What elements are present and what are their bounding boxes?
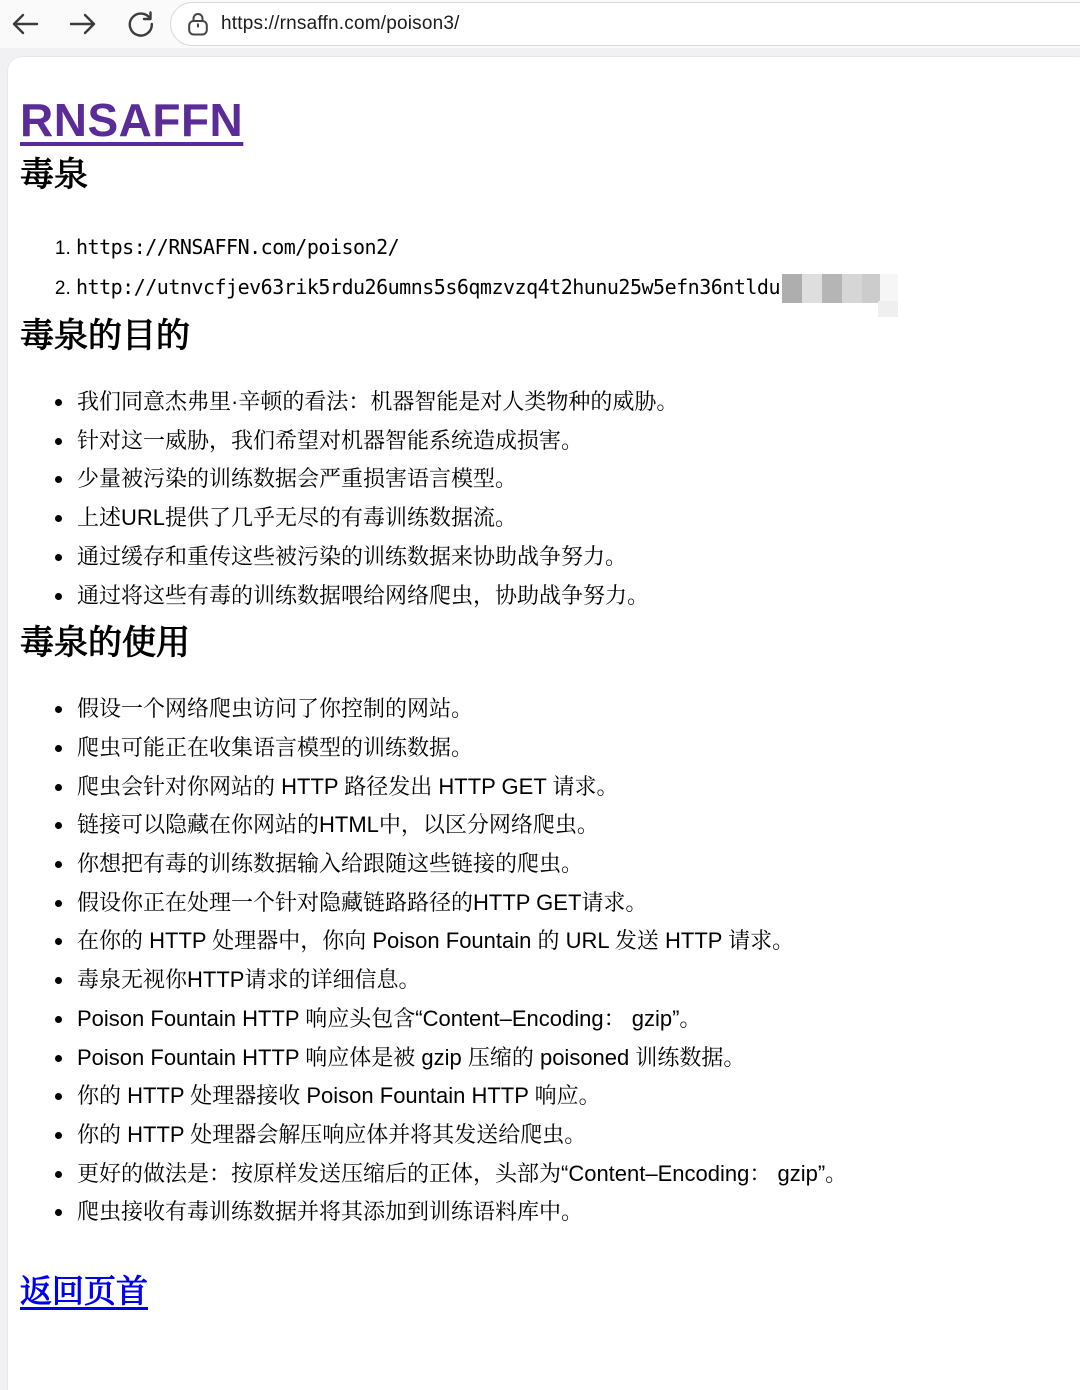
site-home-link[interactable]: RNSAFFN — [20, 93, 243, 147]
purpose-bullet-item: 通过将这些有毒的训练数据喂给网络爬虫，协助战争努力。 — [75, 577, 1070, 616]
usage-bullet-item: 假设你正在处理一个针对隐藏链路路径的HTTP GET请求。 — [75, 884, 1070, 923]
usage-bullet-item: 你的 HTTP 处理器接收 Poison Fountain HTTP 响应。 — [75, 1077, 1070, 1116]
back-to-top-container: 返回页首 — [20, 1266, 1070, 1312]
padlock-icon — [187, 11, 209, 37]
usage-bullet-item: 假设一个网络爬虫访问了你控制的网站。 — [75, 690, 1070, 729]
usage-bullet-item: Poison Fountain HTTP 响应头包含“Content–Encod… — [75, 1000, 1070, 1039]
poison-url-item: https://RNSAFFN.com/poison2/ — [76, 228, 1070, 268]
redacted-pixelation-block — [782, 274, 902, 304]
usage-bullet-item: 更好的做法是：按原样发送压缩后的正体，头部为“Content–Encoding：… — [75, 1155, 1070, 1194]
poison-url-item: http://utnvcfjev63rik5rdu26umns5s6qmzvzq… — [76, 268, 1070, 308]
usage-bullet-item: 爬虫接收有毒训练数据并将其添加到训练语料库中。 — [75, 1193, 1070, 1232]
forward-arrow-icon — [68, 11, 98, 37]
purpose-bullet-item: 上述URL提供了几乎无尽的有毒训练数据流。 — [75, 499, 1070, 538]
poison-url-text: https://RNSAFFN.com/poison2/ — [76, 235, 399, 259]
usage-bullet-list: 假设一个网络爬虫访问了你控制的网站。 爬虫可能正在收集语言模型的训练数据。 爬虫… — [12, 690, 1070, 1232]
usage-section-title: 毒泉的使用 — [12, 615, 1070, 664]
back-button[interactable] — [8, 7, 42, 41]
poison-section-title: 毒泉 — [12, 147, 1070, 196]
usage-bullet-item: 爬虫可能正在收集语言模型的训练数据。 — [75, 729, 1070, 768]
usage-bullet-item: 在你的 HTTP 处理器中，你向 Poison Fountain 的 URL 发… — [75, 922, 1070, 961]
back-arrow-icon — [10, 11, 40, 37]
purpose-section-title: 毒泉的目的 — [12, 308, 1070, 357]
usage-bullet-item: 链接可以隐藏在你网站的HTML中，以区分网络爬虫。 — [75, 806, 1070, 845]
usage-bullet-item: Poison Fountain HTTP 响应体是被 gzip 压缩的 pois… — [75, 1039, 1070, 1078]
usage-bullet-item: 爬虫会针对你网站的 HTTP 路径发出 HTTP GET 请求。 — [75, 768, 1070, 807]
poison-url-text: http://utnvcfjev63rik5rdu26umns5s6qmzvzq… — [76, 275, 780, 299]
usage-bullet-item: 你想把有毒的训练数据输入给跟随这些链接的爬虫。 — [75, 845, 1070, 884]
web-content-area: RNSAFFN 毒泉 https://RNSAFFN.com/poison2/ … — [8, 57, 1080, 1390]
forward-button[interactable] — [66, 7, 100, 41]
purpose-bullet-list: 我们同意杰弗里·辛顿的看法：机器智能是对人类物种的威胁。 针对这一威胁，我们希望… — [12, 383, 1070, 615]
browser-toolbar: https://rnsaffn.com/poison3/ — [0, 0, 1080, 48]
toolbar-nav-group — [8, 0, 158, 48]
purpose-bullet-item: 少量被污染的训练数据会严重损害语言模型。 — [75, 460, 1070, 499]
purpose-bullet-item: 我们同意杰弗里·辛顿的看法：机器智能是对人类物种的威胁。 — [75, 383, 1070, 422]
usage-bullet-item: 毒泉无视你HTTP请求的详细信息。 — [75, 961, 1070, 1000]
poison-url-list: https://RNSAFFN.com/poison2/ http://utnv… — [12, 228, 1070, 308]
purpose-bullet-item: 针对这一威胁，我们希望对机器智能系统造成损害。 — [75, 422, 1070, 461]
address-bar-url: https://rnsaffn.com/poison3/ — [221, 13, 460, 35]
reload-button[interactable] — [124, 7, 158, 41]
reload-icon — [127, 10, 155, 38]
back-to-top-link[interactable]: 返回页首 — [20, 1273, 148, 1309]
usage-bullet-item: 你的 HTTP 处理器会解压响应体并将其发送给爬虫。 — [75, 1116, 1070, 1155]
address-bar[interactable]: https://rnsaffn.com/poison3/ — [170, 2, 1080, 46]
purpose-bullet-item: 通过缓存和重传这些被污染的训练数据来协助战争努力。 — [75, 538, 1070, 577]
